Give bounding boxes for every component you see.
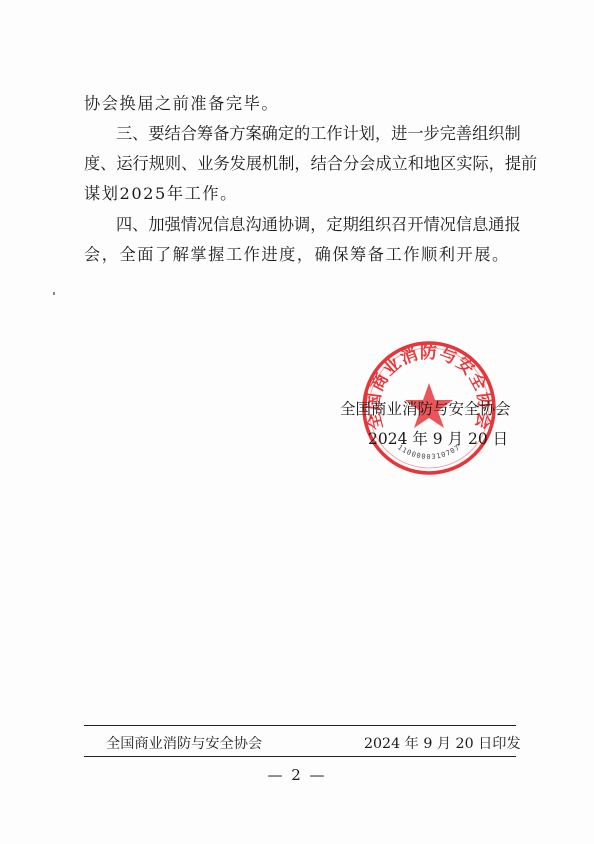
- paragraph-line: 协会换届之前准备完毕。: [84, 94, 516, 114]
- footer-issue-date: 2024 年 9 月 20 日印发: [364, 735, 521, 753]
- page-number: — 2 —: [0, 766, 594, 784]
- footer-issuer: 全国商业消防与安全协会: [106, 735, 262, 753]
- footer-top-rule: [84, 725, 516, 726]
- paragraph-line: 四、加强情况信息沟通协调，定期组织召开情况信息通报: [116, 215, 516, 235]
- paragraph-line: 会，全面了解掌握工作进度，确保筹备工作顺利开展。: [84, 245, 516, 265]
- signature-date: 2024 年 9 月 20 日: [368, 429, 508, 449]
- paragraph-line: 谋划2025年工作。: [84, 184, 516, 204]
- speck: [53, 292, 55, 295]
- paragraph-line: 三、要结合筹备方案确定的工作计划，进一步完善组织制: [116, 124, 516, 144]
- footer-bottom-rule: [84, 756, 516, 757]
- paragraph-line: 度、运行规则、业务发展机制，结合分会成立和地区实际，提前: [84, 154, 516, 174]
- signature-organization: 全国商业消防与安全协会: [340, 399, 511, 419]
